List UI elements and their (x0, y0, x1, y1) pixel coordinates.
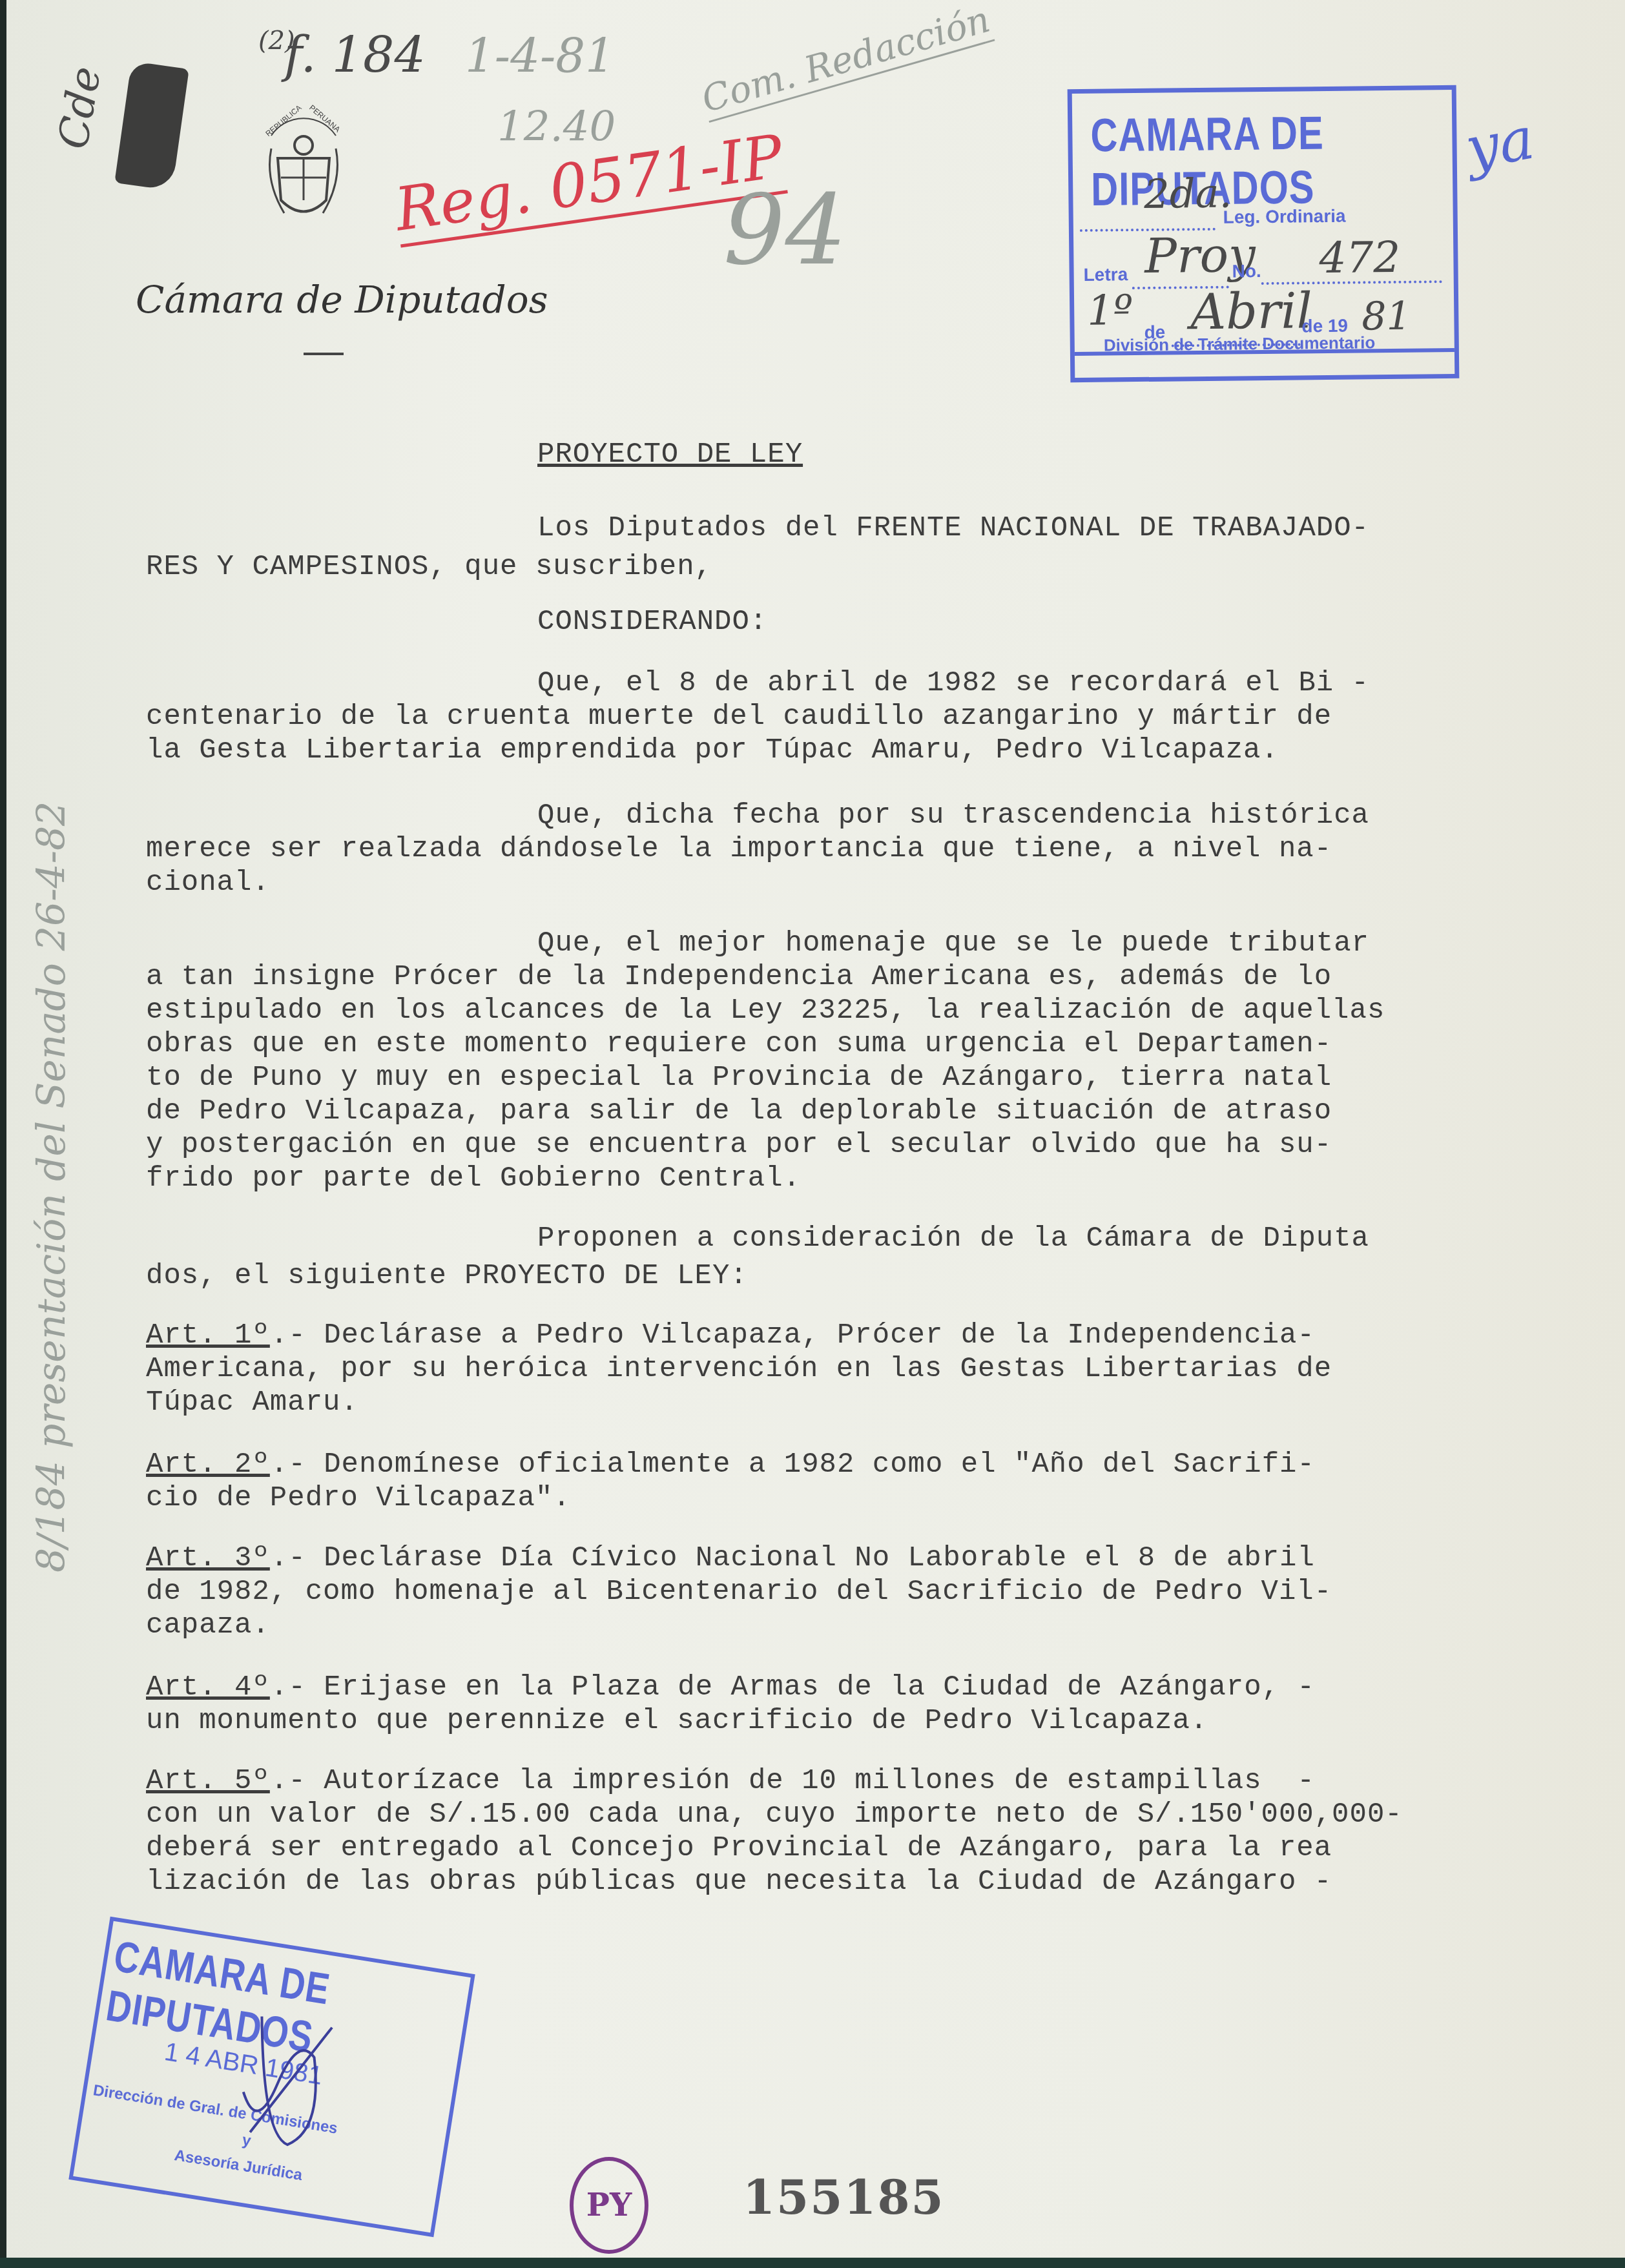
paragraph-3-line: y postergación en que se encuentra por e… (146, 1127, 1332, 1163)
article-line: Americana, por su heróica intervención e… (146, 1351, 1332, 1387)
considerando-heading: CONSIDERANDO: (537, 604, 767, 640)
article-line: con un valor de S/.15.00 cada una, cuyo … (146, 1797, 1403, 1833)
letterhead: Cámara de Diputados (136, 278, 548, 322)
registration-stamp: CAMARA DE DIPUTADOS 2da. Leg. Ordinaria … (1068, 85, 1460, 382)
stamp-day-value: 1º (1087, 287, 1133, 335)
svg-text:PERUANA: PERUANA (307, 103, 342, 134)
scan-edge-bottom (0, 2258, 1625, 2268)
receipt-stamp-line-3: Asesoría Jurídica (173, 2147, 304, 2185)
article-label: Art. 2º (146, 1447, 270, 1483)
svg-text:REPUBLICA: REPUBLICA (264, 103, 303, 138)
article-line: .- Denomínese oficialmente a 1982 como e… (271, 1447, 1315, 1483)
article-label: Art. 5º (146, 1763, 270, 1799)
article-line: .- Declárase Día Cívico Nacional No Labo… (271, 1540, 1315, 1576)
article-line: .- Autorízace la impresión de 10 millone… (271, 1763, 1315, 1799)
paragraph-3-line: a tan insigne Prócer de la Independencia… (146, 959, 1332, 995)
stamp-letra-label: Letra (1083, 264, 1128, 285)
paragraph-1-line: centenario de la cruenta muerte del caud… (146, 699, 1332, 735)
stamp-no-label: No. (1232, 261, 1261, 282)
article-label: Art. 3º (146, 1540, 270, 1576)
article-line: un monumento que perennize el sacrificio… (146, 1703, 1208, 1739)
letterhead-rule (304, 353, 344, 355)
document-page: Cde (2) f. 184 1-4-81 12.40 Reg. 0571-IP… (0, 0, 1625, 2268)
paragraph-4-line: Proponen a consideración de la Cámara de… (537, 1221, 1369, 1257)
paragraph-2-line: cional. (146, 865, 270, 901)
intro-line-1: Los Diputados del FRENTE NACIONAL DE TRA… (537, 510, 1369, 546)
annotation-number-94: 94 (723, 174, 847, 287)
signature-icon (223, 2001, 353, 2158)
paragraph-3-line: de Pedro Vilcapaza, para salir de la dep… (146, 1093, 1332, 1129)
document-title: PROYECTO DE LEY (537, 437, 803, 473)
article-line: .- Erijase en la Plaza de Armas de la Ci… (271, 1669, 1315, 1706)
paragraph-3-line: obras que en este momento requiere con s… (146, 1026, 1332, 1062)
margin-note: 8/184 presentación del Senado 26-4-82 (29, 668, 74, 1572)
receipt-stamp: CAMARA DE DIPUTADOS 1 4 ABR 1981 Direcci… (68, 1917, 475, 2237)
annotation-commission: Com. Redacción (698, 0, 995, 123)
paragraph-2-line: Que, dicha fecha por su trascendencia hi… (537, 798, 1369, 834)
paragraph-1-line: Que, el 8 de abril de 1982 se recordará … (537, 665, 1369, 701)
paragraph-3-line: Que, el mejor homenaje que se le puede t… (537, 925, 1369, 962)
article-line: de 1982, como homenaje al Bicentenario d… (146, 1574, 1332, 1610)
article-line: cio de Pedro Vilcapaza". (146, 1480, 571, 1516)
annotation-time: 12.40 (497, 103, 616, 151)
article-label: Art. 1º (146, 1317, 270, 1354)
stamp-legislature-value: 2da. (1144, 170, 1232, 218)
py-mark: PY (570, 2157, 648, 2254)
intro-line-2: RES Y CAMPESINOS, que suscriben, (146, 549, 712, 585)
article-line: capaza. (146, 1607, 270, 1644)
stamp-month-value: Abril (1190, 282, 1312, 340)
article-line: Túpac Amaru. (146, 1385, 358, 1421)
paragraph-3-line: to de Puno y muy en especial la Provinci… (146, 1060, 1332, 1096)
paragraph-4-line: dos, el siguiente PROYECTO DE LEY: (146, 1258, 748, 1294)
coat-of-arms-icon: REPUBLICA PERUANA (258, 97, 349, 226)
article-label: Art. 4º (146, 1669, 270, 1706)
paragraph-1-line: la Gesta Libertaria emprendida por Túpac… (146, 732, 1279, 768)
scan-edge-left (0, 0, 6, 2268)
article-line: lización de las obras públicas que neces… (146, 1864, 1332, 1900)
paragraph-3-line: estipulado en los alcances de la Ley 232… (146, 993, 1385, 1029)
annotation-folio: f. 184 (284, 26, 426, 83)
ink-blot (114, 61, 189, 191)
stamp-no-value: 472 (1319, 232, 1401, 283)
annotation-initials: ya (1461, 105, 1539, 183)
article-line: deberá ser entregado al Concejo Provinci… (146, 1830, 1332, 1866)
paragraph-3-line: frido por parte del Gobierno Central. (146, 1160, 801, 1197)
article-line: .- Declárase a Pedro Vilcapaza, Prócer d… (271, 1317, 1315, 1354)
stamp-legislature-label: Leg. Ordinaria (1223, 206, 1346, 228)
paragraph-2-line: merece ser realzada dándosele la importa… (146, 831, 1332, 867)
serial-number: 155185 (743, 2170, 945, 2225)
annotation-date: 1-4-81 (465, 29, 615, 83)
stamp-footer: División de Trámite Documentario (1104, 333, 1376, 355)
annotation-cde: Cde (49, 63, 110, 153)
